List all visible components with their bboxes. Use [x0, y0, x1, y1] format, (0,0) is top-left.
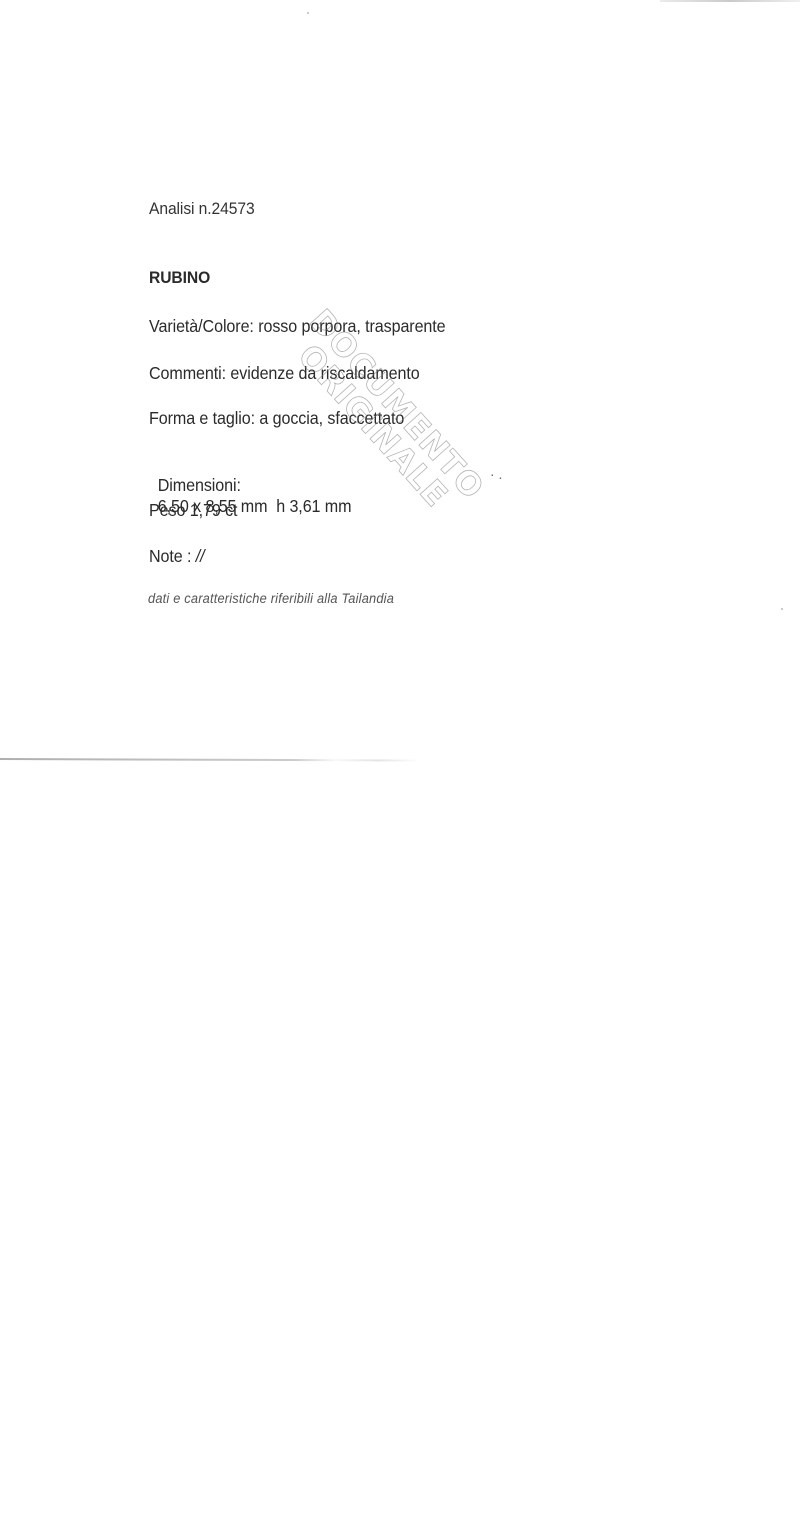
field-shape-cut: Forma e taglio: a goccia, sfaccettato [149, 408, 404, 429]
field-label: Commenti: [149, 363, 226, 383]
field-variety-color: Varietà/Colore: rosso porpora, trasparen… [149, 316, 446, 337]
gem-name: RUBINO [149, 268, 210, 288]
field-comments: Commenti: evidenze da riscaldamento [149, 363, 420, 384]
scan-speck [307, 12, 309, 14]
field-value: // [196, 546, 205, 566]
field-value: 1,79 ct [190, 500, 238, 520]
origin-footnote: dati e caratteristiche riferibili alla T… [148, 591, 394, 606]
field-label: Peso [149, 500, 185, 520]
field-label: Varietà/Colore: [149, 316, 254, 336]
field-value: rosso porpora, trasparente [258, 316, 445, 336]
field-label: Dimensioni: [158, 475, 241, 495]
scan-artifact-divider [0, 758, 420, 761]
field-label: Forma e taglio: [149, 408, 255, 428]
field-value: a goccia, sfaccettato [259, 408, 404, 428]
scan-speck [781, 608, 783, 610]
field-weight: Peso 1,79 ct [149, 500, 237, 521]
field-notes: Note : // [149, 546, 205, 567]
scan-dots: · . [490, 466, 502, 482]
field-value: evidenze da riscaldamento [230, 363, 419, 383]
analysis-number: Analisi n.24573 [149, 199, 255, 219]
scan-artifact-top [660, 0, 800, 2]
field-label: Note : [149, 546, 191, 566]
